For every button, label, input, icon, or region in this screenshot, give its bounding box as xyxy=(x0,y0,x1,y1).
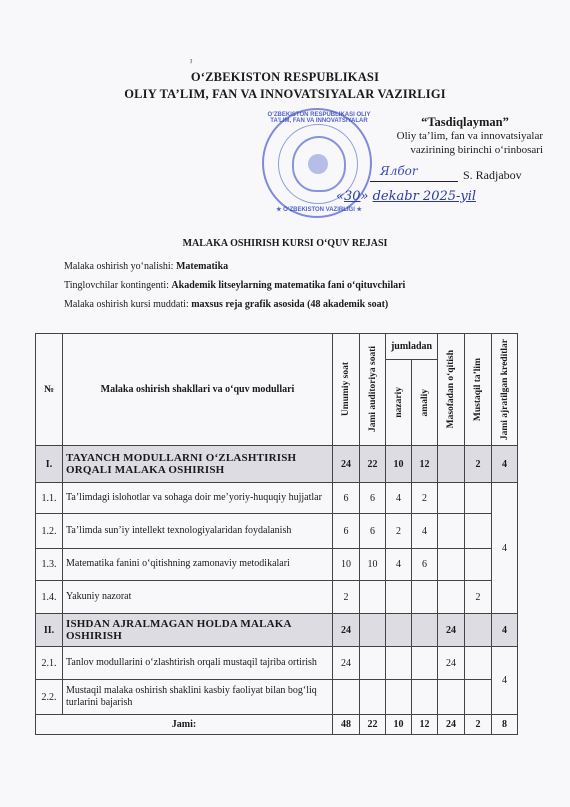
header-including: jumladan xyxy=(386,334,438,360)
table-header-row: № Malaka oshirish shakllari va o‘quv mod… xyxy=(36,334,518,360)
header-credits: Jami ajratilgan kreditlar xyxy=(492,334,518,446)
ministry-line-1: O‘ZBEKISTON RESPUBLIKASI xyxy=(0,70,570,85)
direction-value: Matematika xyxy=(176,261,228,272)
total-row: Jami: 48 22 10 12 24 2 8 xyxy=(36,715,518,735)
approval-date: «30» dekabr 2025-yil xyxy=(336,189,476,204)
document-page: ˀ O‘ZBEKISTON RESPUBLIKASI OLIY TA’LIM, … xyxy=(0,0,570,807)
section1-credits: 4 xyxy=(492,483,518,614)
date-day: 30 xyxy=(344,189,361,204)
date-month-year: dekabr 2025-yil xyxy=(373,189,476,204)
section-row: I. TAYANCH MODULLARNI O‘ZLASHTIRISH ORQA… xyxy=(36,446,518,483)
signer-name: S. Radjabov xyxy=(463,168,522,183)
page-mark: ˀ xyxy=(190,58,192,68)
signature-row: Ялбоr S. Radjabov xyxy=(370,168,560,184)
header-practice: amaliy xyxy=(412,360,438,446)
emblem-sun-icon xyxy=(308,154,328,174)
header-theory: nazariy xyxy=(386,360,412,446)
direction-line: Malaka oshirish yo‘nalishi: Matematika xyxy=(64,261,228,272)
duration-value: maxsus reja grafik asosida (48 akademik … xyxy=(191,299,388,310)
stamp-bottom-text: ★ O‘ZBEKISTON VAZIRLIGI ★ xyxy=(264,206,374,213)
total-label: Jami: xyxy=(36,715,333,735)
header-num: № xyxy=(36,334,63,446)
table-row: 1.3. Matematika fanini o‘qitishning zamo… xyxy=(36,549,518,581)
handwritten-signature: Ялбоr xyxy=(380,164,418,178)
table-row: 2.2. Mustaqil malaka oshirish shaklini k… xyxy=(36,680,518,715)
section-row: II. ISHDAN AJRALMAGAN HOLDA MALAKA OSHIR… xyxy=(36,614,518,647)
document-title: MALAKA OSHIRISH KURSI O‘QUV REJASI xyxy=(0,238,570,249)
approval-position-line-2: vazirining birinchi o‘rinbosari xyxy=(355,143,555,157)
section2-credits: 4 xyxy=(492,647,518,715)
section-title: TAYANCH MODULLARNI O‘ZLASHTIRISH ORQALI … xyxy=(63,446,333,483)
approval-title: “Tasdiqlayman” xyxy=(375,115,555,129)
section-title: ISHDAN AJRALMAGAN HOLDA MALAKA OSHIRISH xyxy=(63,614,333,647)
approval-block: “Tasdiqlayman” Oliy ta’lim, fan va innov… xyxy=(355,115,555,157)
duration-line: Malaka oshirish kursi muddati: maxsus re… xyxy=(64,299,388,310)
ministry-line-2: OLIY TA’LIM, FAN VA INNOVATSIYALAR VAZIR… xyxy=(0,87,570,102)
header-module-name: Malaka oshirish shakllari va o‘quv modul… xyxy=(63,334,333,446)
table-row: 1.1. Ta’limdagi islohotlar va sohaga doi… xyxy=(36,483,518,514)
header-independent: Mustaqil ta’lim xyxy=(465,334,492,446)
table-row: 1.4. Yakuniy nazorat 2 2 xyxy=(36,581,518,614)
contingent-line: Tinglovchilar kontingenti: Akademik lits… xyxy=(64,280,405,291)
header-auditorium-hours: Jami auditoriya soati xyxy=(360,334,386,446)
header-distance: Masofadan o‘qitish xyxy=(438,334,465,446)
table-row: 2.1. Tanlov modullarini o‘zlashtirish or… xyxy=(36,647,518,680)
contingent-value: Akademik litseylarning matematika fani o… xyxy=(171,280,405,291)
approval-position-line-1: Oliy ta’lim, fan va innovatsiyalar xyxy=(355,129,555,143)
signature-line xyxy=(370,181,458,182)
header-total-hours: Umumiy soat xyxy=(333,334,360,446)
table-row: 1.2. Ta’limda sun’iy intellekt texnologi… xyxy=(36,514,518,549)
curriculum-table: № Malaka oshirish shakllari va o‘quv mod… xyxy=(35,333,518,735)
